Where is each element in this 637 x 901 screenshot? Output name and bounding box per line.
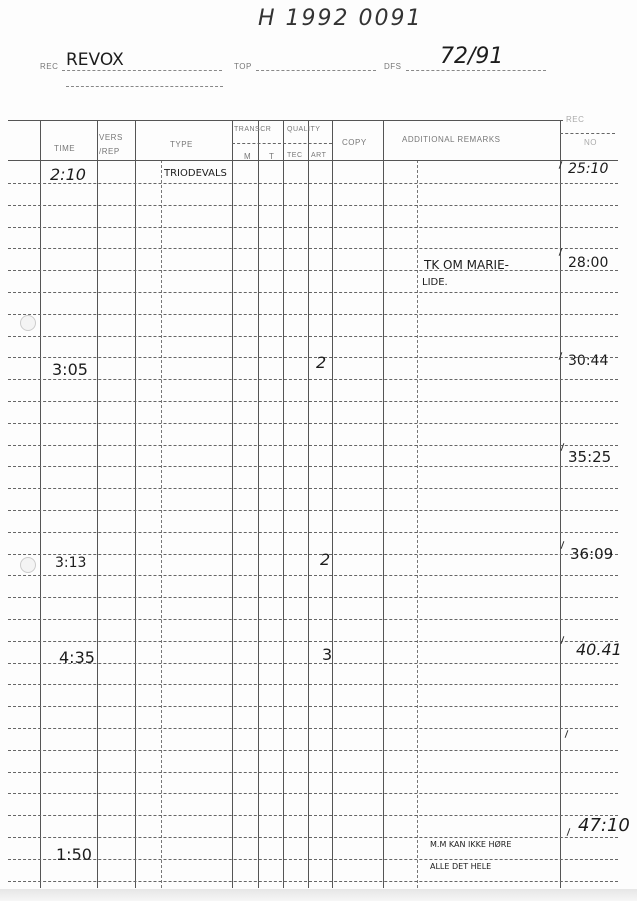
entry-rec-no: 28:00: [568, 255, 608, 271]
row-line: [8, 445, 618, 446]
tick-mark: [567, 828, 571, 836]
archive-id: H 1992 0091: [258, 6, 423, 31]
entry-art: 2: [320, 550, 330, 569]
header-top-line: [8, 120, 563, 121]
row-line: [8, 641, 618, 642]
entry-time: 1:50: [56, 845, 92, 864]
row-line: [8, 597, 618, 598]
top-field-line: [256, 70, 376, 71]
row-line: [8, 859, 618, 860]
row-line: [8, 423, 618, 424]
header-subdivider: [560, 133, 615, 134]
row-line: [8, 619, 618, 620]
row-line: [8, 728, 618, 729]
entry-type: TRIODEVALS: [164, 168, 227, 179]
row-line: [8, 663, 618, 664]
tick-mark: [565, 730, 569, 738]
rec-label: REC: [40, 62, 58, 71]
row-line: [8, 881, 618, 882]
col-header-copy: COPY: [342, 138, 367, 147]
log-sheet: H 1992 0091 REC REVOX TOP DFS 72/91 TIME…: [0, 0, 637, 901]
row-line: [8, 379, 618, 380]
punch-hole: [20, 557, 36, 573]
row-line: [8, 248, 618, 249]
row-line: [8, 292, 618, 293]
row-line: [8, 837, 618, 838]
row-line: [8, 401, 618, 402]
col-header-art: ART: [311, 152, 326, 159]
row-line: [8, 270, 618, 271]
col-header-no: NO: [584, 138, 597, 147]
entry-rec-no: 36:09: [570, 545, 613, 563]
rec-second-line: [66, 86, 223, 87]
row-line: [8, 750, 618, 751]
col-header-transcr: TRANSCR: [234, 126, 271, 133]
header-subdivider: [232, 143, 332, 144]
entry-time: 2:10: [50, 165, 86, 184]
header-bottom-line: [8, 160, 618, 161]
entry-time: 4:35: [59, 648, 95, 667]
col-header-remarks: ADDITIONAL REMARKS: [402, 135, 501, 144]
entry-remark-line: LIDE.: [422, 277, 448, 288]
col-header-vers: VERS /REP: [99, 131, 129, 159]
row-line: [8, 575, 618, 576]
dfs-value: 72/91: [440, 44, 503, 69]
entry-rec-no: 40.41: [576, 640, 622, 659]
entry-rec-no: 35:25: [568, 448, 611, 466]
entry-art: 2: [316, 353, 326, 372]
col-header-type: TYPE: [170, 140, 193, 149]
col-header-rec: REC: [566, 115, 584, 124]
entry-rec-no: 47:10: [578, 815, 630, 836]
entry-time: 3:13: [55, 555, 86, 571]
row-line: [8, 706, 618, 707]
col-header-m: M: [244, 152, 251, 161]
entry-rec-no: 25:10: [568, 161, 608, 177]
row-line: [8, 684, 618, 685]
row-line: [8, 357, 618, 358]
row-line: [8, 554, 618, 555]
rec-field-line: [62, 70, 222, 71]
col-header-tec: TEC: [287, 152, 303, 159]
entry-remark-line: M.M KAN IKKE HØRE: [430, 840, 511, 849]
row-line: [8, 772, 618, 773]
row-line: [8, 314, 618, 315]
page-edge: [0, 889, 637, 901]
entry-art: 3: [322, 645, 332, 664]
row-line: [8, 466, 618, 467]
tick-mark: [561, 541, 565, 549]
row-line: [8, 227, 618, 228]
tick-mark: [561, 636, 565, 644]
row-line: [8, 205, 618, 206]
entry-remark-line: ALLE DET HELE: [430, 862, 491, 871]
row-line: [8, 815, 618, 816]
col-header-t: T: [269, 152, 274, 161]
entry-remark-line: TK OM MARIE-: [424, 258, 509, 272]
col-header-quality: QUALITY: [287, 126, 320, 133]
row-line: [8, 793, 618, 794]
top-label: TOP: [234, 62, 252, 71]
col-header-time: TIME: [54, 144, 75, 153]
punch-hole: [20, 315, 36, 331]
rec-value: REVOX: [66, 50, 124, 70]
row-line: [8, 510, 618, 511]
entry-rec-no: 30:44: [568, 353, 608, 369]
dfs-field-line: [406, 70, 546, 71]
dfs-label: DFS: [384, 62, 402, 71]
row-line: [8, 336, 618, 337]
row-line: [8, 183, 618, 184]
row-line: [8, 532, 618, 533]
row-line: [8, 488, 618, 489]
entry-time: 3:05: [52, 360, 88, 379]
